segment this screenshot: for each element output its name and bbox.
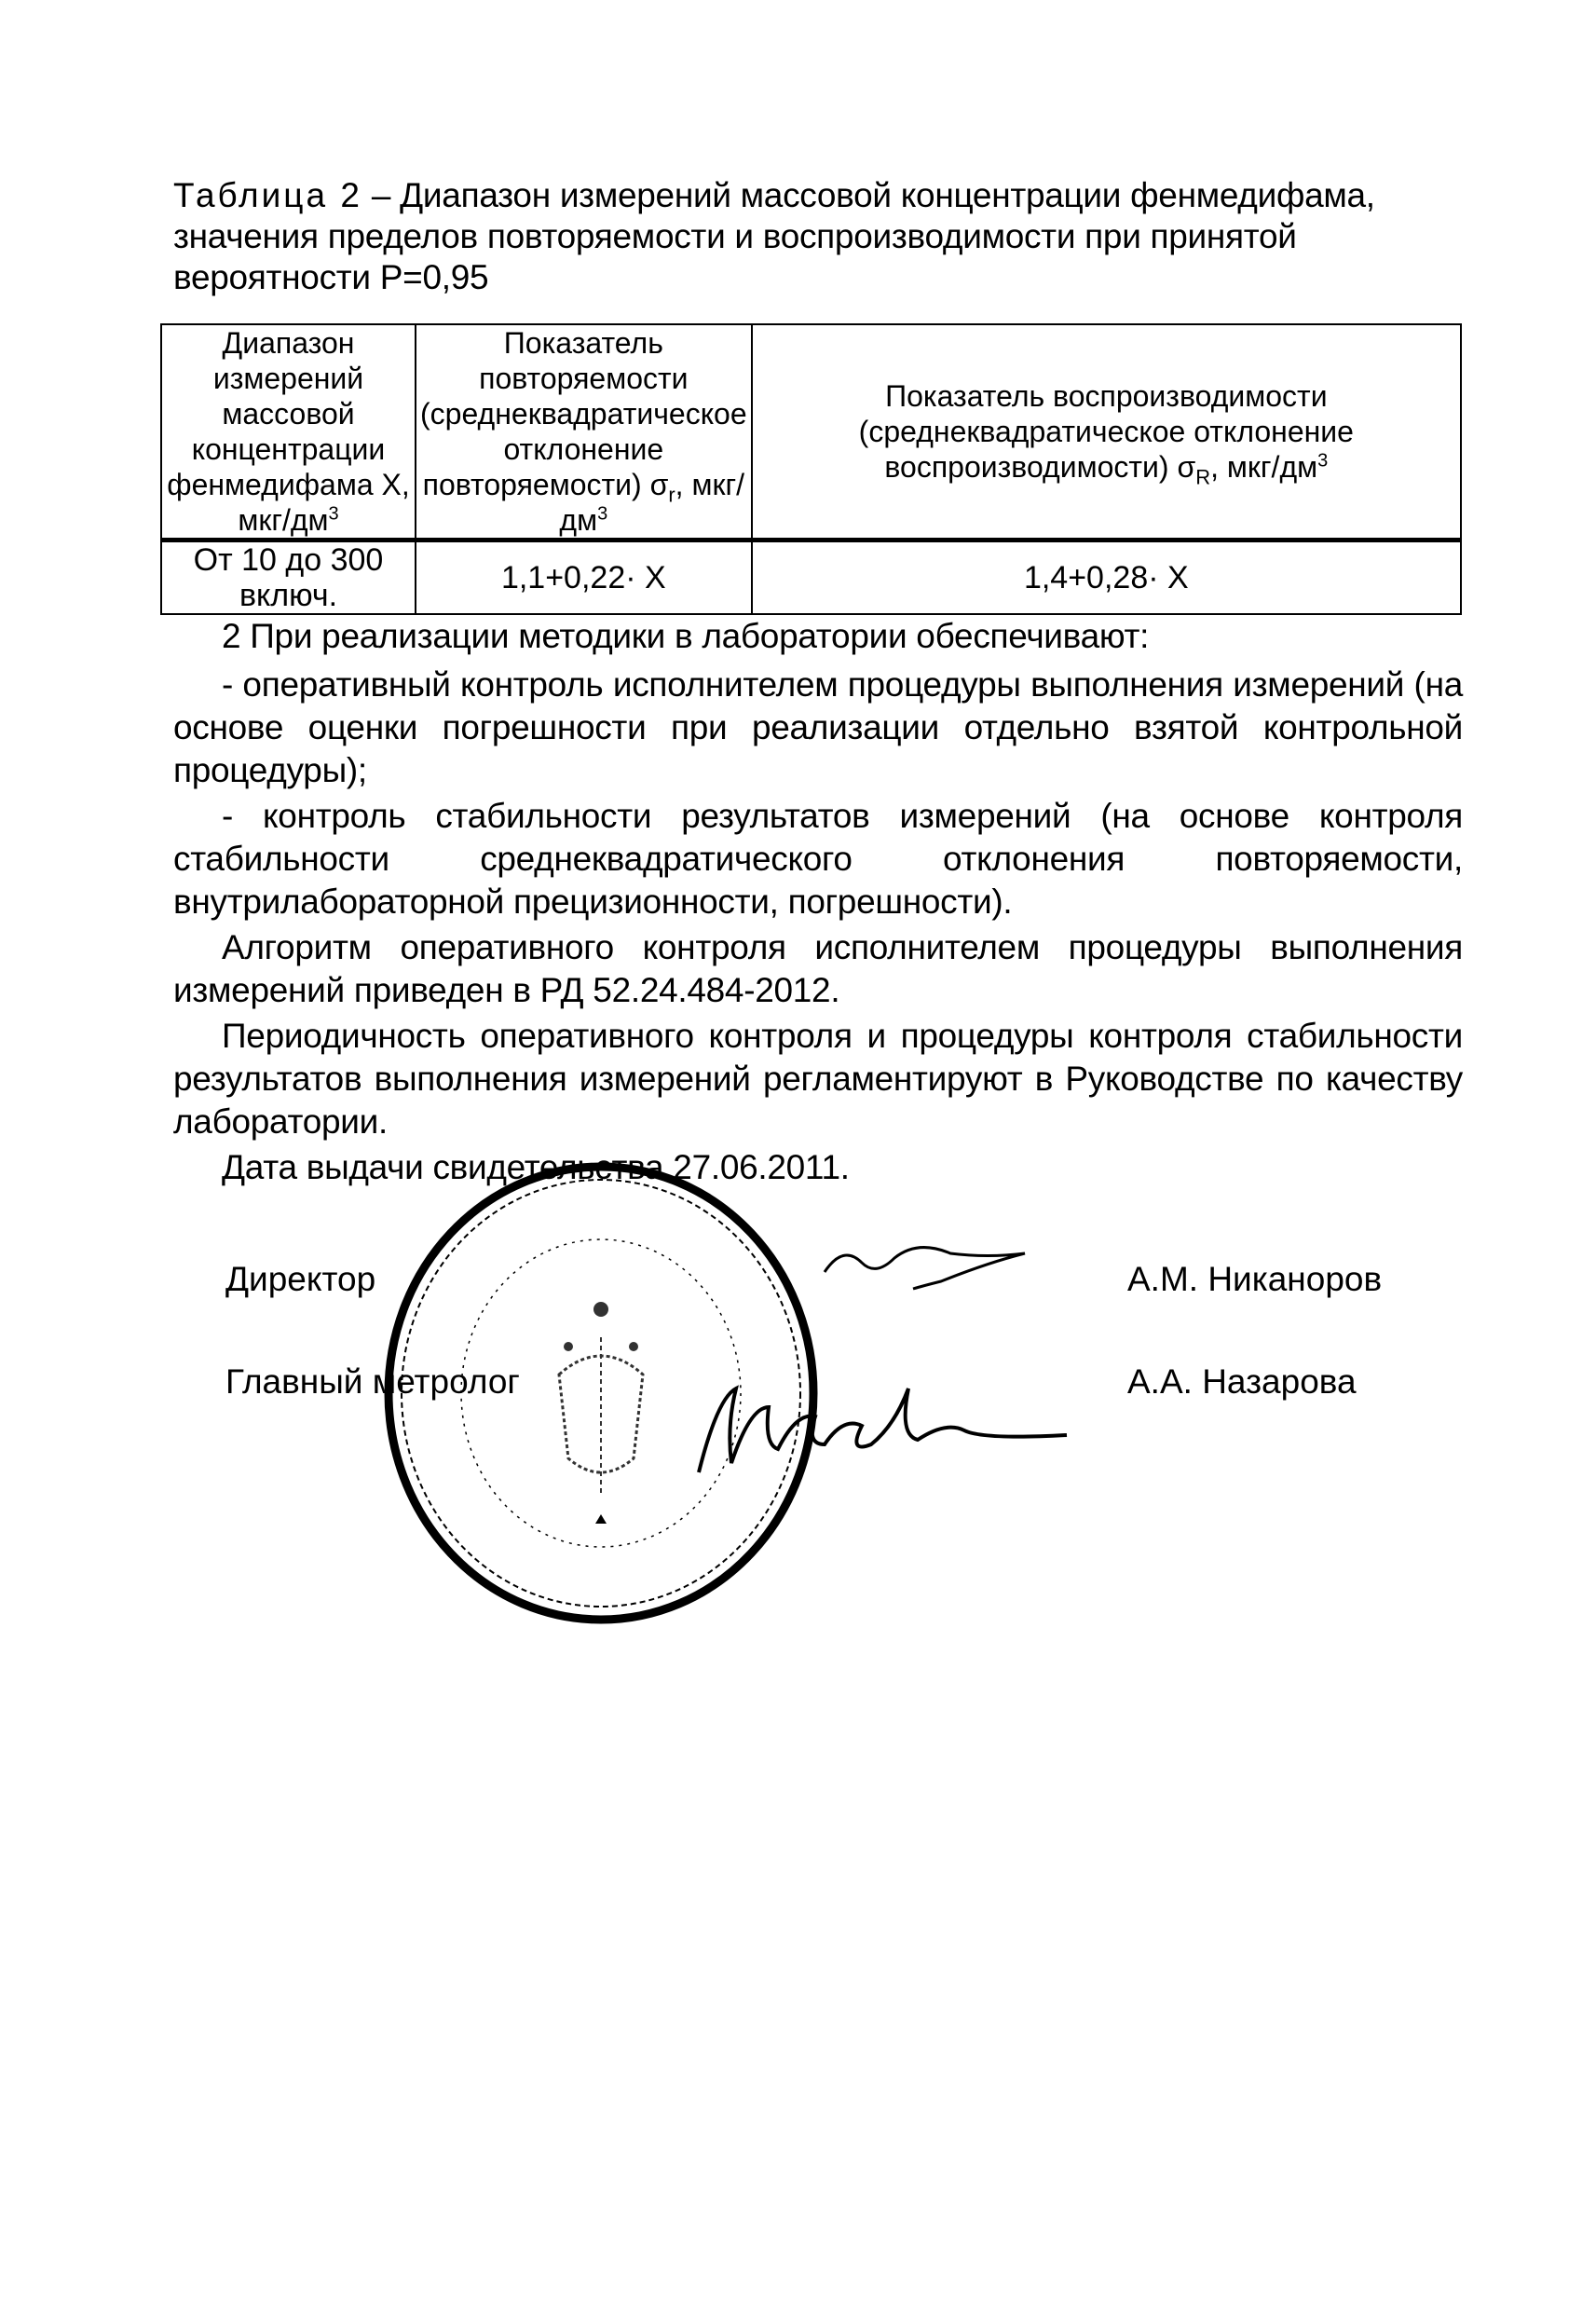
metrologist-title: Главный метролог xyxy=(225,1362,520,1402)
cell-reproducibility: 1,4+0,28· Х xyxy=(752,540,1461,615)
paragraph: 2 При реализации методики в лаборатории … xyxy=(173,615,1463,658)
precision-table: Диапазон измерений массовой концентрации… xyxy=(160,323,1462,615)
paragraph: - контроль стабильности результатов изме… xyxy=(173,795,1463,923)
document-page: Таблица 2 – Диапазон измерений массовой … xyxy=(0,0,1596,2312)
header-range: Диапазон измерений массовой концентрации… xyxy=(161,324,416,540)
paragraph: - оперативный контроль исполнителем проц… xyxy=(173,664,1463,792)
metrologist-name: А.А. Назарова xyxy=(1127,1362,1357,1402)
table-caption: Таблица 2 – Диапазон измерений массовой … xyxy=(173,175,1468,298)
cell-range: От 10 до 300 включ. xyxy=(161,540,416,615)
metrologist-signature-icon xyxy=(689,1379,1081,1482)
paragraph: Алгоритм оперативного контроля исполните… xyxy=(173,926,1463,1012)
table-header-row: Диапазон измерений массовой концентрации… xyxy=(161,324,1461,540)
body-text: 2 При реализации методики в лаборатории … xyxy=(173,615,1463,1192)
table-row: От 10 до 300 включ. 1,1+0,22· Х 1,4+0,28… xyxy=(161,540,1461,615)
caption-lead: Таблица 2 xyxy=(173,176,362,214)
cell-repeatability: 1,1+0,22· Х xyxy=(416,540,752,615)
director-signature-icon xyxy=(820,1235,1034,1291)
director-title: Директор xyxy=(225,1260,375,1299)
header-repeatability: Показатель повторяемости (среднеквадрати… xyxy=(416,324,752,540)
director-name: А.М. Никаноров xyxy=(1127,1260,1382,1299)
paragraph: Периодичность оперативного контроля и пр… xyxy=(173,1015,1463,1143)
header-reproducibility: Показатель воспроизводимости (среднеквад… xyxy=(752,324,1461,540)
